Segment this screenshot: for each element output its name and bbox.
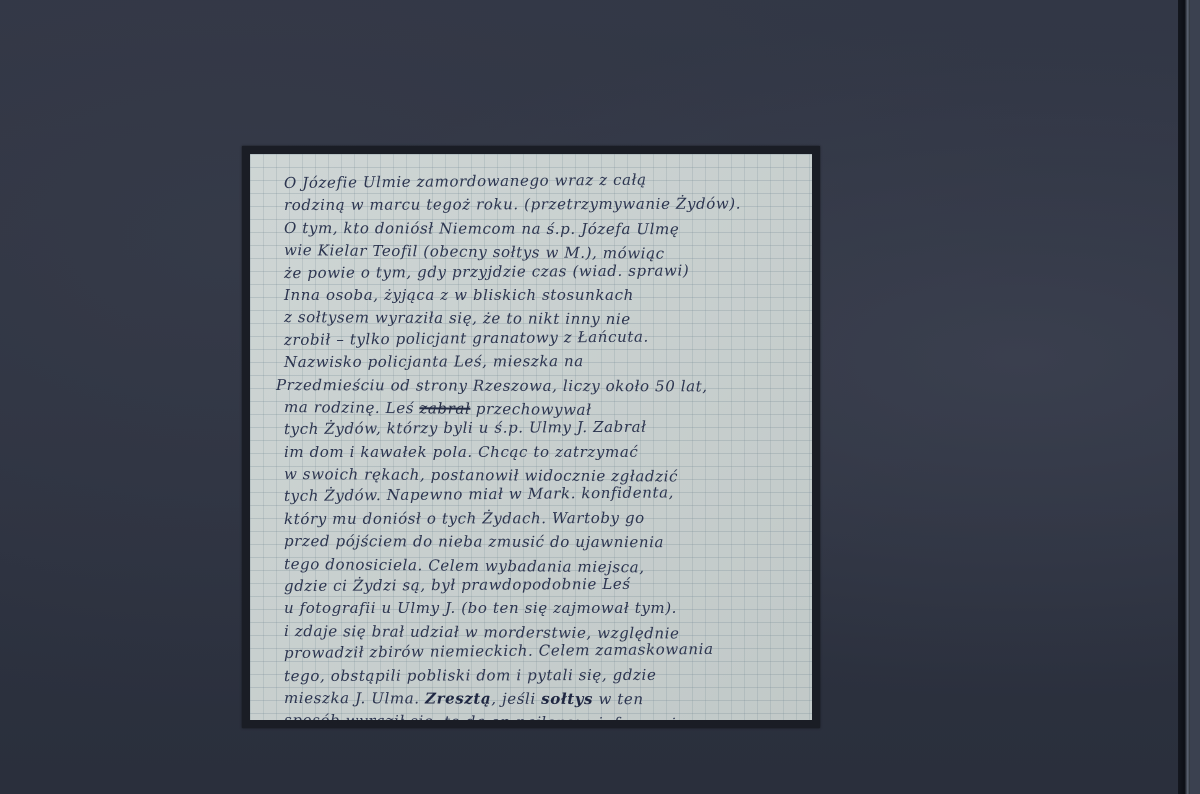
letter-line: że powie o tym, gdy przyjdzie czas (wiad… [284,258,804,284]
letter-line: O Józefie Ulmie zamordowanego wraz z cał… [284,167,804,194]
letter-line: Nazwisko policjanta Leś, mieszka na [284,349,804,373]
letter-line: Inna osoba, żyjąca z w bliskich stosunka… [284,284,804,306]
letter-lines: O Józefie Ulmie zamordowanego wraz z cał… [284,172,804,720]
emphasized-word: Zresztą [425,689,491,707]
emphasized-word: sołtys [541,690,593,708]
display-case-edge-highlight [1190,0,1200,794]
handwritten-letter: O Józefie Ulmie zamordowanego wraz z cał… [250,154,812,720]
letter-line: przed pójściem do nieba zmusić do ujawni… [284,530,804,554]
letter-line: O tym, kto doniósł Niemcom na ś.p. Józef… [284,217,804,241]
crossed-out-word: zabrał [419,399,470,417]
letter-line: rodziną w marcu tegoż roku. (przetrzymyw… [284,193,804,217]
letter-line: tych Żydów, którzy byli u ś.p. Ulmy J. Z… [284,415,804,441]
letter-line: im dom i kawałek pola. Chcąc to zatrzyma… [284,441,804,463]
letter-line: który mu doniósł o tych Żydach. Wartoby … [284,506,804,530]
letter-line: gdzie ci Żydzi są, był prawdopodobnie Le… [284,572,804,598]
letter-line: zrobił – tylko policjant granatowy z Łań… [284,324,804,351]
letter-line: tych Żydów. Napewno miał w Mark. konfide… [284,481,804,508]
letter-line: tego, obstąpili pobliski dom i pytali si… [284,663,804,687]
letter-line: Przedmieściu od strony Rzeszowa, liczy o… [276,374,804,398]
letter-line: u fotografii u Ulmy J. (bo ten się zajmo… [284,597,804,619]
letter-line: prowadził zbirów niemieckich. Celem zama… [284,637,804,664]
letter-line-with-emphasis: mieszka J. Ulma. Zresztą, jeśli sołtys w… [284,687,804,711]
display-case-edge [1178,0,1190,794]
letter-line: sposób wyraził się, to da on najlepsze i… [284,709,804,720]
